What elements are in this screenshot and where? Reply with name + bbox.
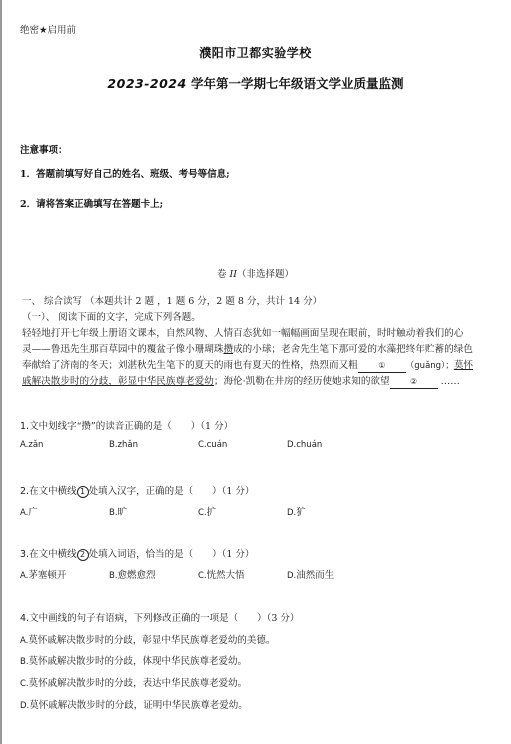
option-b[interactable]: B.莫怀戚解决散步时的分歧，体现中华民族尊老爱幼。 xyxy=(20,653,247,667)
option-letter: B. xyxy=(109,508,118,518)
option-letter: B. xyxy=(20,657,29,667)
section-suffix: （非选择题） xyxy=(237,269,294,280)
option-text: 旷 xyxy=(118,507,128,518)
underlined-sentence: 莫怀 xyxy=(454,360,473,371)
option-d[interactable]: D.油然而生 xyxy=(287,567,334,581)
question-number: 1. xyxy=(20,421,29,432)
option-b[interactable]: B.愈燃愈烈 xyxy=(109,567,156,581)
option-c[interactable]: C.扩 xyxy=(198,504,216,518)
question-1-options: A.zǎn B.zhǎn C.cuán D.chuán xyxy=(20,440,500,454)
option-text: 莫怀戚解决散步时的分歧，体现中华民族尊老爱幼。 xyxy=(29,656,248,667)
exam-year: 2023-2024 xyxy=(107,76,186,91)
option-letter: D. xyxy=(287,508,296,518)
passage-line: 灵——鲁迅先生那百草园中的覆盆子像小珊瑚珠攒成的小球；老舍先生笔下那可爱的水藻把… xyxy=(22,342,500,358)
option-letter: C. xyxy=(20,679,29,689)
option-text: 莫怀戚解决散步时的分歧，证明中华民族尊老爱幼。 xyxy=(29,700,248,711)
circled-number: ① xyxy=(378,361,385,371)
passage-text: 奉献给了济南的冬天；刘湛秋先生笔下的夏天的雨也有夏天的性格，热烈而又粗 xyxy=(22,360,358,371)
option-letter: B. xyxy=(109,571,118,581)
option-letter: C. xyxy=(198,571,207,581)
passage-text: ；海伦·凯勒在井房的经历使她求知的欲望 xyxy=(214,376,390,387)
option-text: 莫怀戚解决散步时的分歧，表达中华民族尊老爱幼。 xyxy=(29,678,248,689)
passage-line: 戚解决散步时的分歧，彰显中华民族尊老爱幼；海伦·凯勒在井房的经历使她求知的欲望②… xyxy=(22,374,500,390)
section-title: 卷 II（非选择题） xyxy=(0,266,511,280)
circled-number: 2 xyxy=(77,549,89,561)
option-letter: D. xyxy=(20,701,29,711)
underlined-char: 攒 xyxy=(223,344,233,355)
note-item: 1．答题前填写好自己的姓名、班级、考号等信息; xyxy=(20,166,230,180)
circled-number: ② xyxy=(410,377,417,387)
passage-line: 奉献给了济南的冬天；刘湛秋先生笔下的夏天的雨也有夏天的性格，热烈而又粗①（guǎ… xyxy=(22,358,500,374)
option-text: 犷 xyxy=(296,507,306,518)
part-subheading: （一）、 阅读下面的文字，完成下列各题。 xyxy=(22,309,201,323)
option-a[interactable]: A.广 xyxy=(20,504,38,518)
question-text: 处填入词语，恰当的是（ ）（1 分） xyxy=(89,549,255,560)
ellipsis: …… xyxy=(438,376,460,387)
passage-line: 轻轻地打开七年级上册语文课本，自然风物、人情百态犹如一幅幅画面呈现在眼前，时时触… xyxy=(22,326,500,342)
confidential-label: 绝密★启用前 xyxy=(20,22,76,36)
option-letter: D. xyxy=(287,571,296,581)
exam-title: 2023-2024 学年第一学期七年级语文学业质量监测 xyxy=(0,74,511,92)
underlined-sentence: 戚解决散步时的分歧，彰显中华民族尊老爱幼 xyxy=(22,376,214,387)
option-b[interactable]: B.zhǎn xyxy=(109,440,138,450)
option-text: 扩 xyxy=(207,507,217,518)
option-d[interactable]: D.chuán xyxy=(287,440,322,450)
question-number: 2. xyxy=(20,486,29,497)
blank-1: ① xyxy=(358,360,406,373)
question-text: 在文中横线 xyxy=(29,549,77,560)
option-a[interactable]: A.茅塞顿开 xyxy=(20,567,66,581)
passage-text: 成的小球；老舍先生笔下那可爱的水藻把终年贮蓄的绿色 xyxy=(233,344,473,355)
option-c[interactable]: C.莫怀戚解决散步时的分歧，表达中华民族尊老爱幼。 xyxy=(20,675,247,689)
question-2-options: A.广 B.旷 C.扩 D.犷 xyxy=(20,504,500,518)
option-d[interactable]: D.犷 xyxy=(287,504,306,518)
option-a[interactable]: A.zǎn xyxy=(20,440,43,450)
question-3-options: A.茅塞顿开 B.愈燃愈烈 C.恍然大悟 D.油然而生 xyxy=(20,567,500,581)
option-text: 茅塞顿开 xyxy=(28,570,66,581)
school-title: 濮阳市卫都实验学校 xyxy=(0,44,511,61)
option-letter: C. xyxy=(198,508,207,518)
question-text: 文中画线的句子有语病，下列修改正确的一项是（ ）（3 分） xyxy=(29,613,299,624)
question-text: 在文中横线 xyxy=(29,486,77,497)
part-heading: 一、 综合读写 （本题共计 2 题 ，1 题 6 分，2 题 8 分，共计 14… xyxy=(22,293,322,307)
section-prefix: 卷 xyxy=(217,269,230,280)
question-number: 3. xyxy=(20,549,29,560)
question-2-stem: 2.在文中横线1处填入汉字，正确的是（ ）（1 分） xyxy=(20,483,254,498)
option-text: 油然而生 xyxy=(296,570,334,581)
option-d[interactable]: D.莫怀戚解决散步时的分歧，证明中华民族尊老爱幼。 xyxy=(20,697,248,711)
question-4-stem: 4.文中画线的句子有语病，下列修改正确的一项是（ ）（3 分） xyxy=(20,610,299,624)
reading-passage: 轻轻地打开七年级上册语文课本，自然风物、人情百态犹如一幅幅画面呈现在眼前，时时触… xyxy=(22,326,500,390)
page-left-border xyxy=(0,0,2,744)
exam-title-text: 学年第一学期七年级语文学业质量监测 xyxy=(187,76,404,91)
option-text: 愈燃愈烈 xyxy=(118,570,156,581)
option-c[interactable]: C.cuán xyxy=(198,440,227,450)
question-text: 文中划线字“攒”的读音正确的是（ ）（1 分） xyxy=(29,421,233,432)
option-b[interactable]: B.旷 xyxy=(109,504,127,518)
circled-number: 1 xyxy=(77,486,89,498)
question-3-stem: 3.在文中横线2处填入词语，恰当的是（ ）（1 分） xyxy=(20,546,254,561)
option-c[interactable]: C.恍然大悟 xyxy=(198,567,245,581)
question-text: 处填入汉字，正确的是（ ）（1 分） xyxy=(89,486,255,497)
pinyin-hint: （guǎng）； xyxy=(406,361,454,371)
blank-2: ② xyxy=(390,376,438,389)
option-text: 恍然大悟 xyxy=(207,570,245,581)
notes-heading: 注意事项： xyxy=(20,142,68,156)
question-1-stem: 1.文中划线字“攒”的读音正确的是（ ）（1 分） xyxy=(20,418,233,432)
option-text: 莫怀戚解决散步时的分歧，彰显中华民族尊老爱幼的美德。 xyxy=(28,635,275,646)
note-item: 2．请将答案正确填写在答题卡上; xyxy=(20,196,163,210)
option-a[interactable]: A.莫怀戚解决散步时的分歧，彰显中华民族尊老爱幼的美德。 xyxy=(20,632,275,646)
passage-text: 灵——鲁迅先生那百草园中的覆盆子像小珊瑚珠 xyxy=(22,344,223,355)
question-number: 4. xyxy=(20,613,29,624)
section-roman: II xyxy=(230,269,238,280)
option-text: 广 xyxy=(28,507,38,518)
